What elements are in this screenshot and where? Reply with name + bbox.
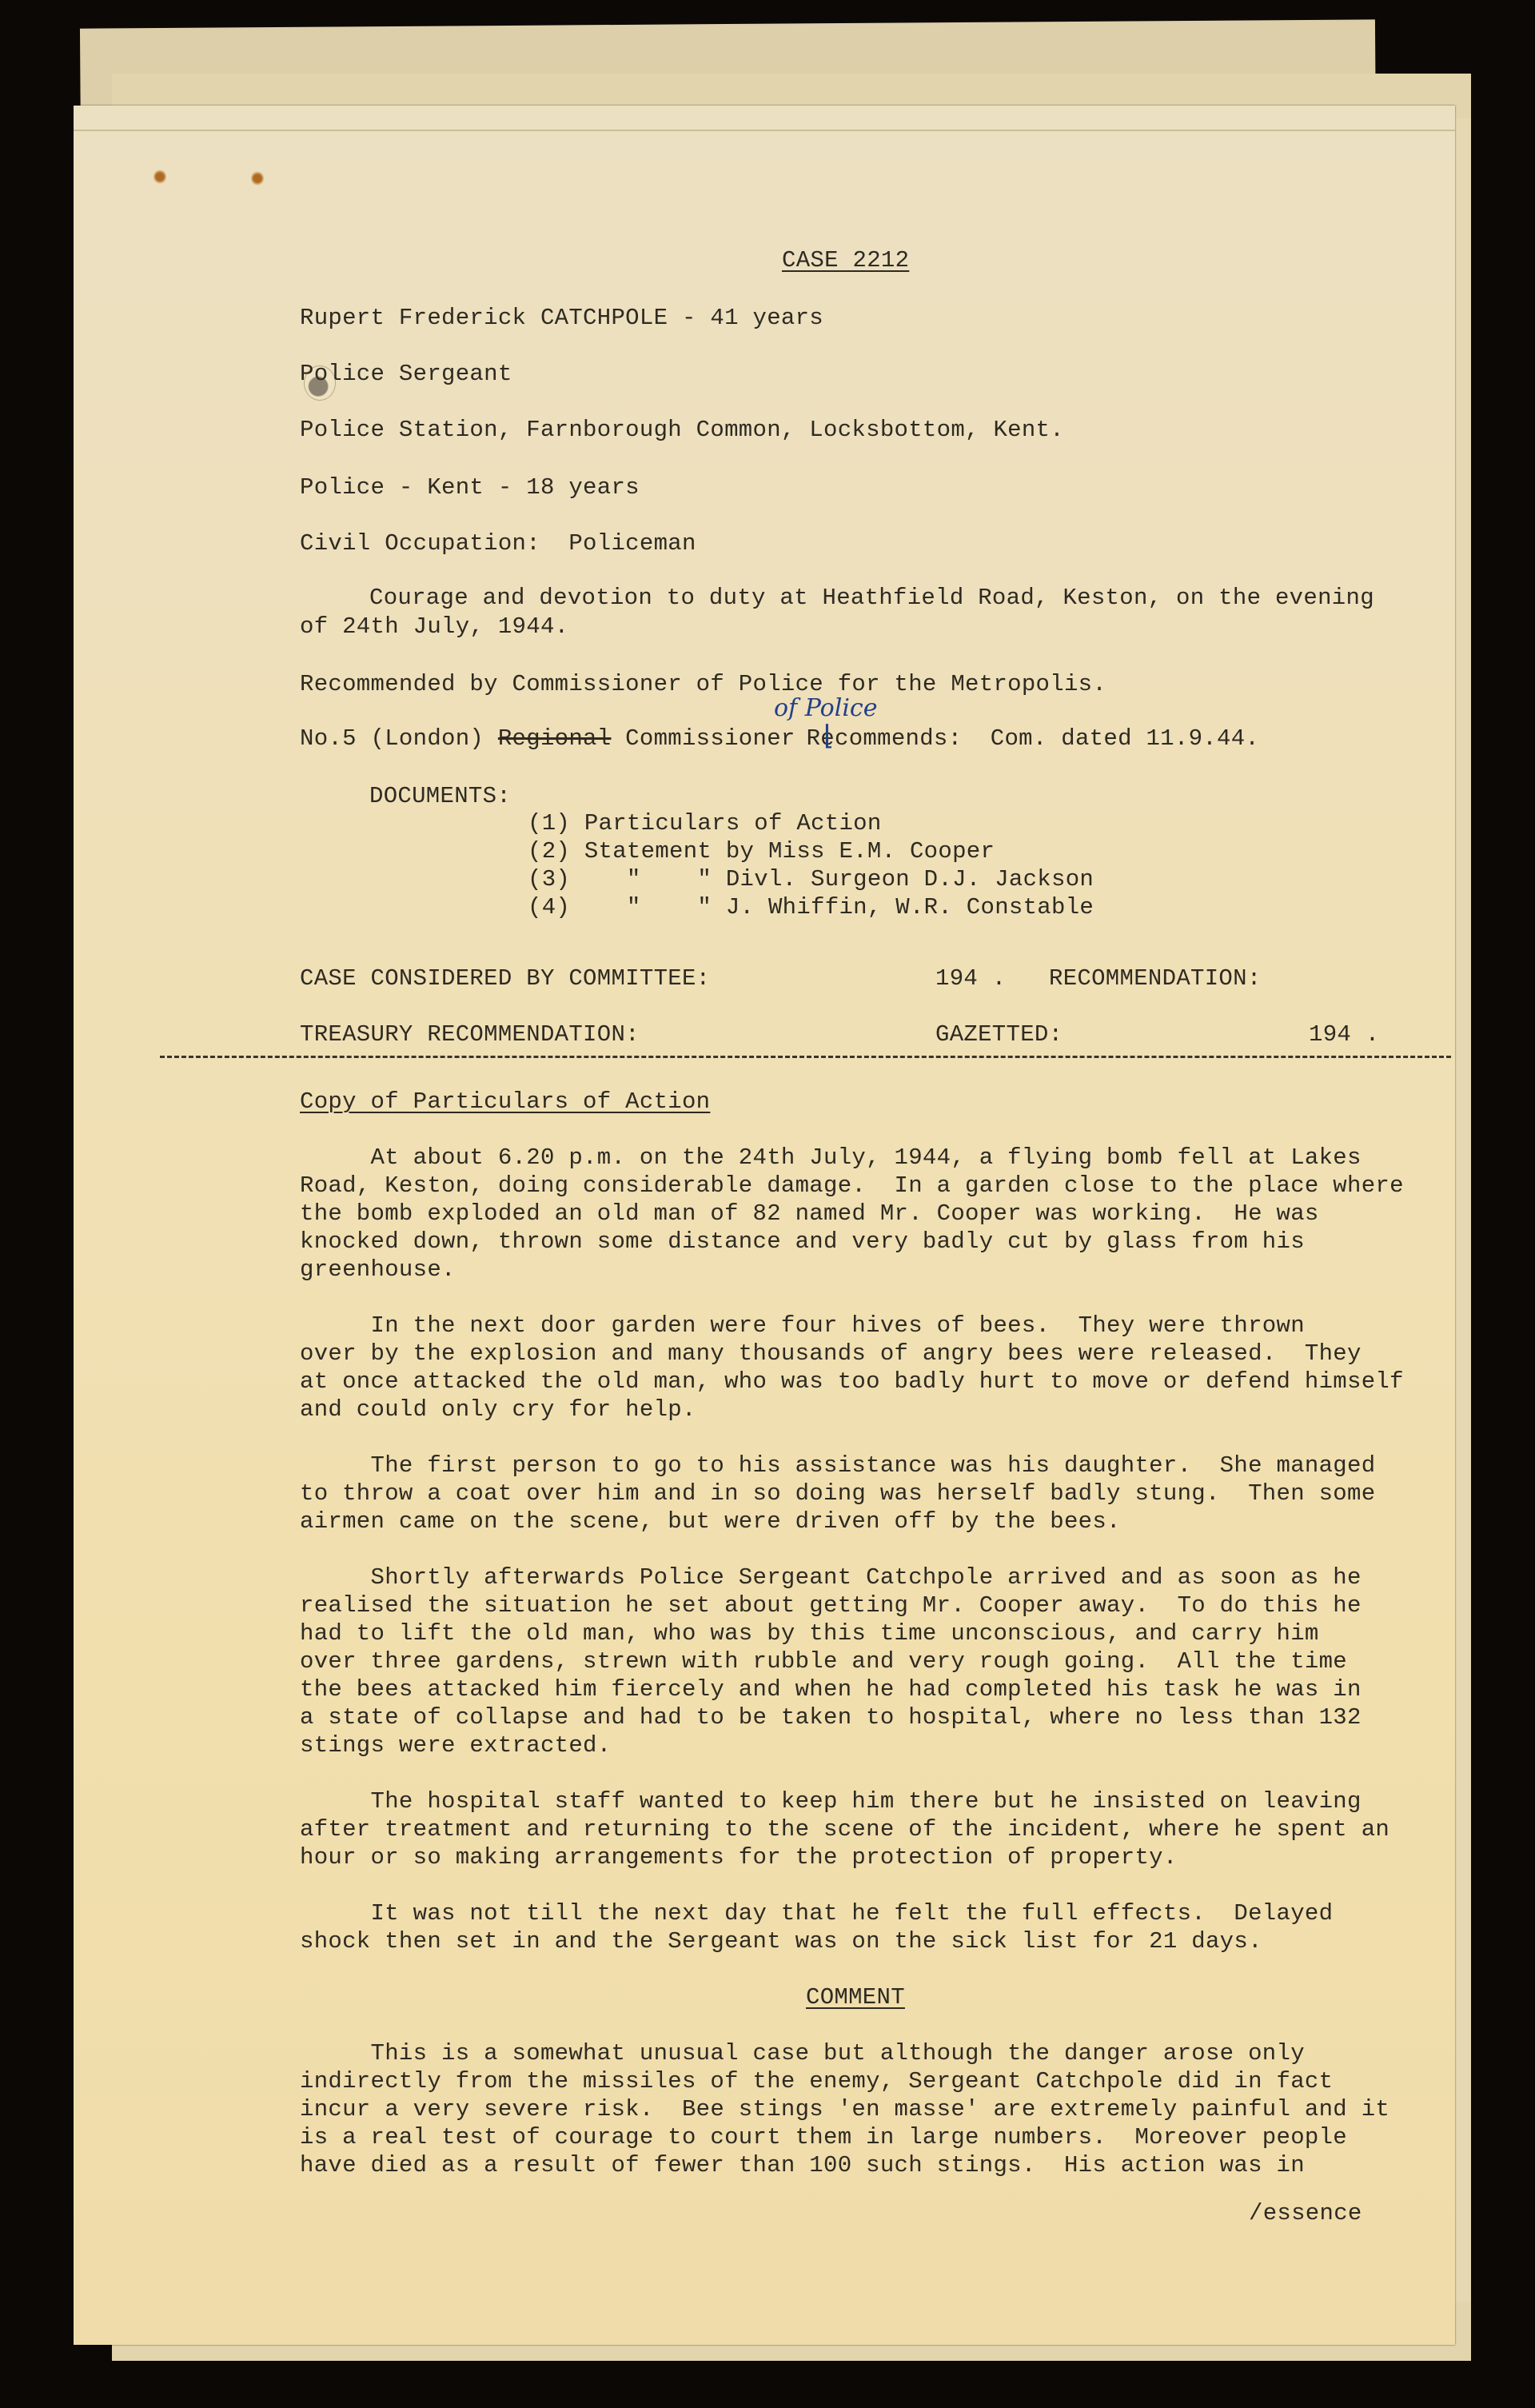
particulars-title: Copy of Particulars of Action (300, 1088, 710, 1116)
document-item: (4) " " J. Whiffin, W.R. Constable (528, 893, 1094, 921)
paragraph-line: over three gardens, strewn with rubble a… (300, 1647, 1347, 1675)
paragraph-line: The hospital staff wanted to keep him th… (300, 1787, 1362, 1815)
paragraph-line: the bees attacked him fiercely and when … (300, 1675, 1362, 1703)
station-line: Police Station, Farnborough Common, Lock… (300, 416, 1064, 444)
recommendation-label: RECOMMENDATION: (1049, 964, 1262, 992)
paragraph-line: after treatment and returning to the sce… (300, 1815, 1389, 1843)
paragraph-line: The first person to go to his assistance… (300, 1452, 1375, 1480)
paragraph-line: the bomb exploded an old man of 82 named… (300, 1200, 1319, 1228)
comment-line: This is a somewhat unusual case but alth… (300, 2039, 1305, 2067)
citation-line: of 24th July, 1944. (300, 613, 568, 641)
civil-occupation-line: Civil Occupation: Policeman (300, 529, 696, 557)
paragraph-line: stings were extracted. (300, 1731, 611, 1759)
comment-title: COMMENT (806, 1983, 905, 2011)
paragraph-line: knocked down, thrown some distance and v… (300, 1228, 1305, 1256)
paragraph-line: realised the situation he set about gett… (300, 1591, 1362, 1619)
paragraph-line: airmen came on the scene, but were drive… (300, 1507, 1121, 1535)
comment-line: incur a very severe risk. Bee stings 'en… (300, 2095, 1389, 2123)
continuation-marker: /essence (1249, 2199, 1362, 2227)
documents-label: DOCUMENTS: (369, 782, 511, 810)
regional-commissioner-line: No.5 (London) Regional CommissionerRecom… (300, 725, 1259, 753)
paragraph-line: hour or so making arrangements for the p… (300, 1843, 1178, 1871)
paragraph-line: It was not till the next day that he fel… (300, 1899, 1333, 1927)
paragraph-line: and could only cry for help. (300, 1396, 696, 1424)
document-body: CASE 2212 Rupert Frederick CATCHPOLE - 4… (0, 0, 1535, 2408)
document-item: (1) Particulars of Action (528, 809, 882, 837)
regional-suffix: Recommends: Com. dated 11.9.44. (807, 725, 1260, 752)
name-line: Rupert Frederick CATCHPOLE - 41 years (300, 304, 823, 332)
paragraph-line: a state of collapse and had to be taken … (300, 1703, 1362, 1731)
rank-line: Police Sergeant (300, 360, 512, 388)
handwritten-insert: of Police (774, 694, 877, 722)
paragraph-line: had to lift the old man, who was by this… (300, 1619, 1319, 1647)
gazetted-year: 194 . (1309, 1020, 1380, 1048)
citation-line: Courage and devotion to duty at Heathfie… (369, 584, 1374, 612)
recommended-by-line: Recommended by Commissioner of Police fo… (300, 670, 1106, 698)
insertion-caret-icon: ⌊ (823, 720, 834, 752)
paragraph-line: shock then set in and the Sergeant was o… (300, 1927, 1262, 1955)
paragraph-line: Shortly afterwards Police Sergeant Catch… (300, 1563, 1362, 1591)
section-divider (160, 1056, 1451, 1058)
paragraph-line: In the next door garden were four hives … (300, 1312, 1305, 1340)
document-item: (3) " " Divl. Surgeon D.J. Jackson (528, 865, 1094, 893)
paragraph-line: Road, Keston, doing considerable damage.… (300, 1172, 1404, 1200)
struck-word: Regional (498, 725, 612, 752)
paragraph-line: over by the explosion and many thousands… (300, 1340, 1362, 1368)
paragraph-line: at once attacked the old man, who was to… (300, 1368, 1404, 1396)
document-item: (2) Statement by Miss E.M. Cooper (528, 837, 995, 865)
comment-line: indirectly from the missiles of the enem… (300, 2067, 1333, 2095)
gazetted-label: GAZETTED: (935, 1020, 1063, 1048)
service-line: Police - Kent - 18 years (300, 473, 640, 501)
treasury-label: TREASURY RECOMMENDATION: (300, 1020, 640, 1048)
regional-prefix: No.5 (London) (300, 725, 498, 752)
paragraph-line: to throw a coat over him and in so doing… (300, 1480, 1375, 1507)
paragraph-line: greenhouse. (300, 1256, 456, 1284)
comment-line: have died as a result of fewer than 100 … (300, 2151, 1305, 2179)
regional-middle: Commissioner (611, 725, 795, 752)
case-title: CASE 2212 (782, 246, 909, 274)
comment-line: is a real test of courage to court them … (300, 2123, 1347, 2151)
committee-label: CASE CONSIDERED BY COMMITTEE: (300, 964, 710, 992)
committee-year: 194 . (935, 964, 1007, 992)
paragraph-line: At about 6.20 p.m. on the 24th July, 194… (300, 1144, 1362, 1172)
